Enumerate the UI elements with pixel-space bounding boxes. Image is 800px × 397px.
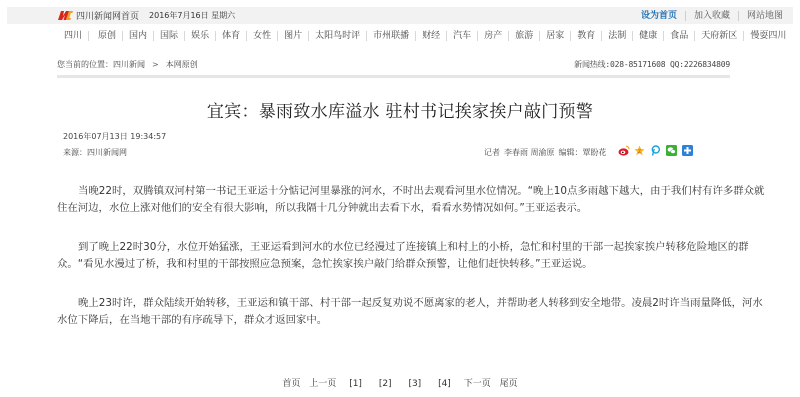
nav-item-realestate[interactable]: 房产 [477,31,508,41]
breadcrumb-item-sichuan-news[interactable]: 四川新闻 [113,59,145,70]
breadcrumb-bar: 您当前的位置： 四川新闻 > 本网原创 新闻热线:028-85171608 QQ… [57,57,730,78]
top-bar-left: 四川新闻网首页 2016年7月16日 星期六 [57,8,235,23]
article-paragraph-2: 到了晚上22时30分，水位开始猛涨，王亚运看到河水的水位已经漫过了连接镇上和村上… [57,239,769,273]
favorite-star-icon[interactable]: Z [634,145,645,156]
top-bar-links: 设为首页 加入收藏 网站地图 [633,8,783,23]
set-homepage-link[interactable]: 设为首页 [633,11,685,21]
nav-item-photos[interactable]: 图片 [277,31,308,41]
nav-item-international[interactable]: 国际 [153,31,184,41]
source-link[interactable]: 四川新闻网 [87,148,127,157]
next-page-link[interactable]: 下一页 [464,379,491,389]
add-favorite-link[interactable]: 加入收藏 [685,11,738,21]
current-date: 2016年7月16日 星期六 [149,10,235,21]
nav-item-home[interactable]: 居家 [539,31,570,41]
article-paragraph-3: 晚上23时许，群众陆续开始转移，王亚运和镇干部、村干部一起反复劝说不愿离家的老人… [57,295,769,329]
nav-item-commentary[interactable]: 太阳鸟时评 [308,31,366,41]
nav-item-domestic[interactable]: 国内 [122,31,153,41]
breadcrumb-item-original[interactable]: 本网原创 [166,59,198,70]
publish-time: 2016年07月13日 19:34:57 [63,131,166,142]
nav-item-law[interactable]: 法制 [601,31,632,41]
share-bar: Z [618,145,698,156]
article-title: 宜宾：暴雨致水库溢水 驻村书记挨家挨户敲门预警 [0,97,800,122]
wechat-icon[interactable] [666,145,677,156]
first-page-link[interactable]: 首页 [282,379,300,389]
home-link[interactable]: 四川新闻网首页 [76,9,139,22]
article-source: 来源：四川新闻网 [63,147,127,158]
nav-item-finance[interactable]: 财经 [415,31,446,41]
site-map-link[interactable]: 网站地图 [738,11,783,21]
nav-item-health[interactable]: 健康 [632,31,663,41]
nav-item-cities[interactable]: 市州联播 [366,31,415,41]
nav-item-sports[interactable]: 体育 [215,31,246,41]
weibo-icon[interactable] [618,145,629,156]
reporter-names: 李春雨 周渝原 [504,147,555,158]
breadcrumb: 您当前的位置： 四川新闻 > 本网原创 [57,59,198,70]
nav-item-education[interactable]: 教育 [570,31,601,41]
svg-text:Z: Z [638,149,641,154]
top-bar: 四川新闻网首页 2016年7月16日 星期六 设为首页 加入收藏 网站地图 [7,7,793,24]
page-link-1[interactable]: [1] [349,379,362,389]
page-link-2[interactable]: [2] [379,379,392,389]
nav-item-travel[interactable]: 旅游 [508,31,539,41]
editor-label: 编辑： [559,147,583,158]
pagination: 首页 上一页 [1] [2] [3] [4] 下一页 尾页 [0,376,800,389]
nav-item-women[interactable]: 女性 [246,31,277,41]
breadcrumb-separator: > [152,60,159,69]
article-body: 当晚22时，双腾镇双河村第一书记王亚运十分惦记河里暴涨的河水，不时出去观看河里水… [57,183,769,351]
nav-item-original[interactable]: 原创 [88,31,122,41]
breadcrumb-label: 您当前的位置： [57,59,113,70]
nav-item-sichuan[interactable]: 四川 [60,31,88,41]
nav-item-slow-sichuan[interactable]: 慢耍四川 [743,31,792,41]
article-authors: 记者 李春雨 周渝原 编辑： 覃盼花 [484,147,611,158]
news-hotline: 新闻热线:028-85171608 QQ:2226834809 [574,59,730,70]
last-page-link[interactable]: 尾页 [500,379,518,389]
page-link-4[interactable]: [4] [438,379,451,389]
article-paragraph-1: 当晚22时，双腾镇双河村第一书记王亚运十分惦记河里暴涨的河水，不时出去观看河里水… [57,183,769,217]
nav-item-entertainment[interactable]: 娱乐 [184,31,215,41]
reporter-label: 记者 [484,147,500,158]
source-label: 来源： [63,148,87,157]
nav-item-tianfu[interactable]: 天府新区 [694,31,743,41]
editor-name: 覃盼花 [583,147,607,158]
nav-item-auto[interactable]: 汽车 [446,31,477,41]
nav-item-food[interactable]: 食品 [663,31,694,41]
sichuan-news-logo-icon[interactable] [57,10,74,21]
page-link-3[interactable]: [3] [408,379,421,389]
main-nav: 四川 原创 国内 国际 娱乐 体育 女性 图片 太阳鸟时评 市州联播 财经 汽车… [60,29,792,43]
more-share-icon[interactable] [682,145,693,156]
pinterest-icon[interactable] [650,145,661,156]
prev-page-link[interactable]: 上一页 [309,379,336,389]
